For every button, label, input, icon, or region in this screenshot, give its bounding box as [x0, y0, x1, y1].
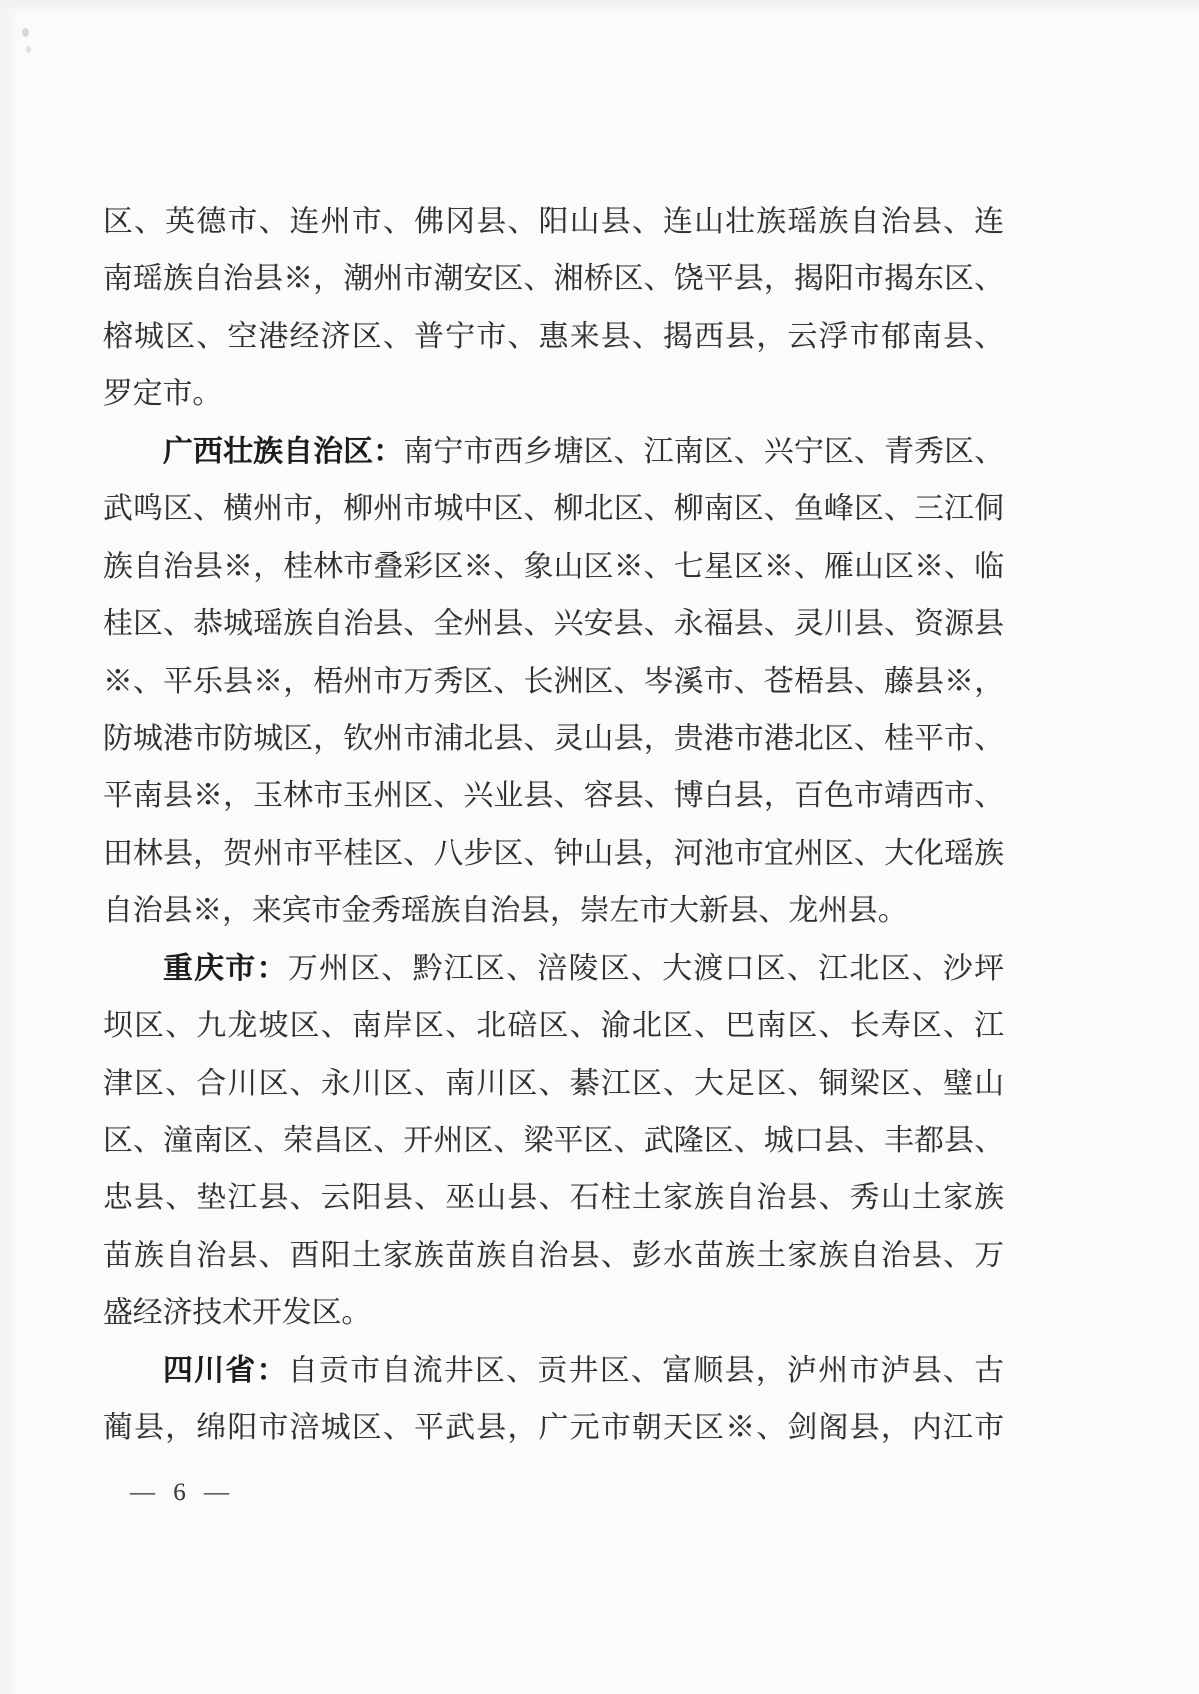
- section-heading: 重庆市：: [163, 952, 288, 985]
- text-line: 盛经济技术开发区。: [103, 1284, 1004, 1341]
- text-line: 区、潼南区、荣昌区、开州区、梁平区、武隆区、城口县、丰都县、: [103, 1112, 1004, 1169]
- text-line: 武鸣区、横州市，柳州市城中区、柳北区、柳南区、鱼峰区、三江侗: [103, 480, 1004, 537]
- text-line: 坝区、九龙坡区、南岸区、北碚区、渝北区、巴南区、长寿区、江: [103, 997, 1004, 1054]
- section-heading: 广西壮族自治区：: [163, 435, 403, 468]
- text-line: 族自治县※，桂林市叠彩区※、象山区※、七星区※、雁山区※、临: [103, 538, 1004, 595]
- text-line: 自治县※，来宾市金秀瑶族自治县，崇左市大新县、龙州县。: [103, 882, 1004, 939]
- text-line: 区、英德市、连州市、佛冈县、阳山县、连山壮族瑶族自治县、连: [103, 193, 1004, 250]
- text-line: 广西壮族自治区：南宁市西乡塘区、江南区、兴宁区、青秀区、: [103, 423, 1004, 480]
- line-text: 南宁市西乡塘区、江南区、兴宁区、青秀区、: [403, 435, 1004, 468]
- text-line: 四川省：自贡市自流井区、贡井区、富顺县，泸州市泸县、古: [103, 1342, 1004, 1399]
- text-line: 平南县※，玉林市玉州区、兴业县、容县、博白县，百色市靖西市、: [103, 767, 1004, 824]
- document-body: 区、英德市、连州市、佛冈县、阳山县、连山壮族瑶族自治县、连南瑶族自治县※，潮州市…: [103, 193, 1004, 1457]
- text-line: 田林县，贺州市平桂区、八步区、钟山县，河池市宜州区、大化瑶族: [103, 825, 1004, 882]
- text-line: 南瑶族自治县※，潮州市潮安区、湘桥区、饶平县，揭阳市揭东区、: [103, 250, 1004, 307]
- paragraph-sichuan: 四川省：自贡市自流井区、贡井区、富顺县，泸州市泸县、古蔺县，绵阳市涪城区、平武县…: [103, 1342, 1004, 1457]
- text-line: 桂区、恭城瑶族自治县、全州县、兴安县、永福县、灵川县、资源县: [103, 595, 1004, 652]
- page-number: — 6 —: [130, 1479, 235, 1507]
- text-line: 罗定市。: [103, 365, 1004, 422]
- paragraph-chongqing: 重庆市：万州区、黔江区、涪陵区、大渡口区、江北区、沙坪坝区、九龙坡区、南岸区、北…: [103, 940, 1004, 1342]
- paragraph-guangxi: 广西壮族自治区：南宁市西乡塘区、江南区、兴宁区、青秀区、武鸣区、横州市，柳州市城…: [103, 423, 1004, 940]
- text-line: 重庆市：万州区、黔江区、涪陵区、大渡口区、江北区、沙坪: [103, 940, 1004, 997]
- text-line: ※、平乐县※，梧州市万秀区、长洲区、岑溪市、苍梧县、藤县※，: [103, 653, 1004, 710]
- text-line: 榕城区、空港经济区、普宁市、惠来县、揭西县，云浮市郁南县、: [103, 308, 1004, 365]
- line-text: 万州区、黔江区、涪陵区、大渡口区、江北区、沙坪: [288, 952, 1004, 985]
- text-line: 津区、合川区、永川区、南川区、綦江区、大足区、铜梁区、璧山: [103, 1055, 1004, 1112]
- text-line: 苗族自治县、酉阳土家族苗族自治县、彭水苗族土家族自治县、万: [103, 1227, 1004, 1284]
- scan-artifact: [22, 28, 29, 37]
- text-line: 蔺县，绵阳市涪城区、平武县，广元市朝天区※、剑阁县，内江市: [103, 1399, 1004, 1456]
- line-text: 自贡市自流井区、贡井区、富顺县，泸州市泸县、古: [288, 1354, 1004, 1387]
- paragraph-guangdong-continuation: 区、英德市、连州市、佛冈县、阳山县、连山壮族瑶族自治县、连南瑶族自治县※，潮州市…: [103, 193, 1004, 423]
- section-heading: 四川省：: [163, 1354, 288, 1387]
- scanned-document-page: 区、英德市、连州市、佛冈县、阳山县、连山壮族瑶族自治县、连南瑶族自治县※，潮州市…: [0, 0, 1199, 1694]
- text-line: 防城港市防城区，钦州市浦北县、灵山县，贵港市港北区、桂平市、: [103, 710, 1004, 767]
- text-line: 忠县、垫江县、云阳县、巫山县、石柱土家族自治县、秀山土家族: [103, 1169, 1004, 1226]
